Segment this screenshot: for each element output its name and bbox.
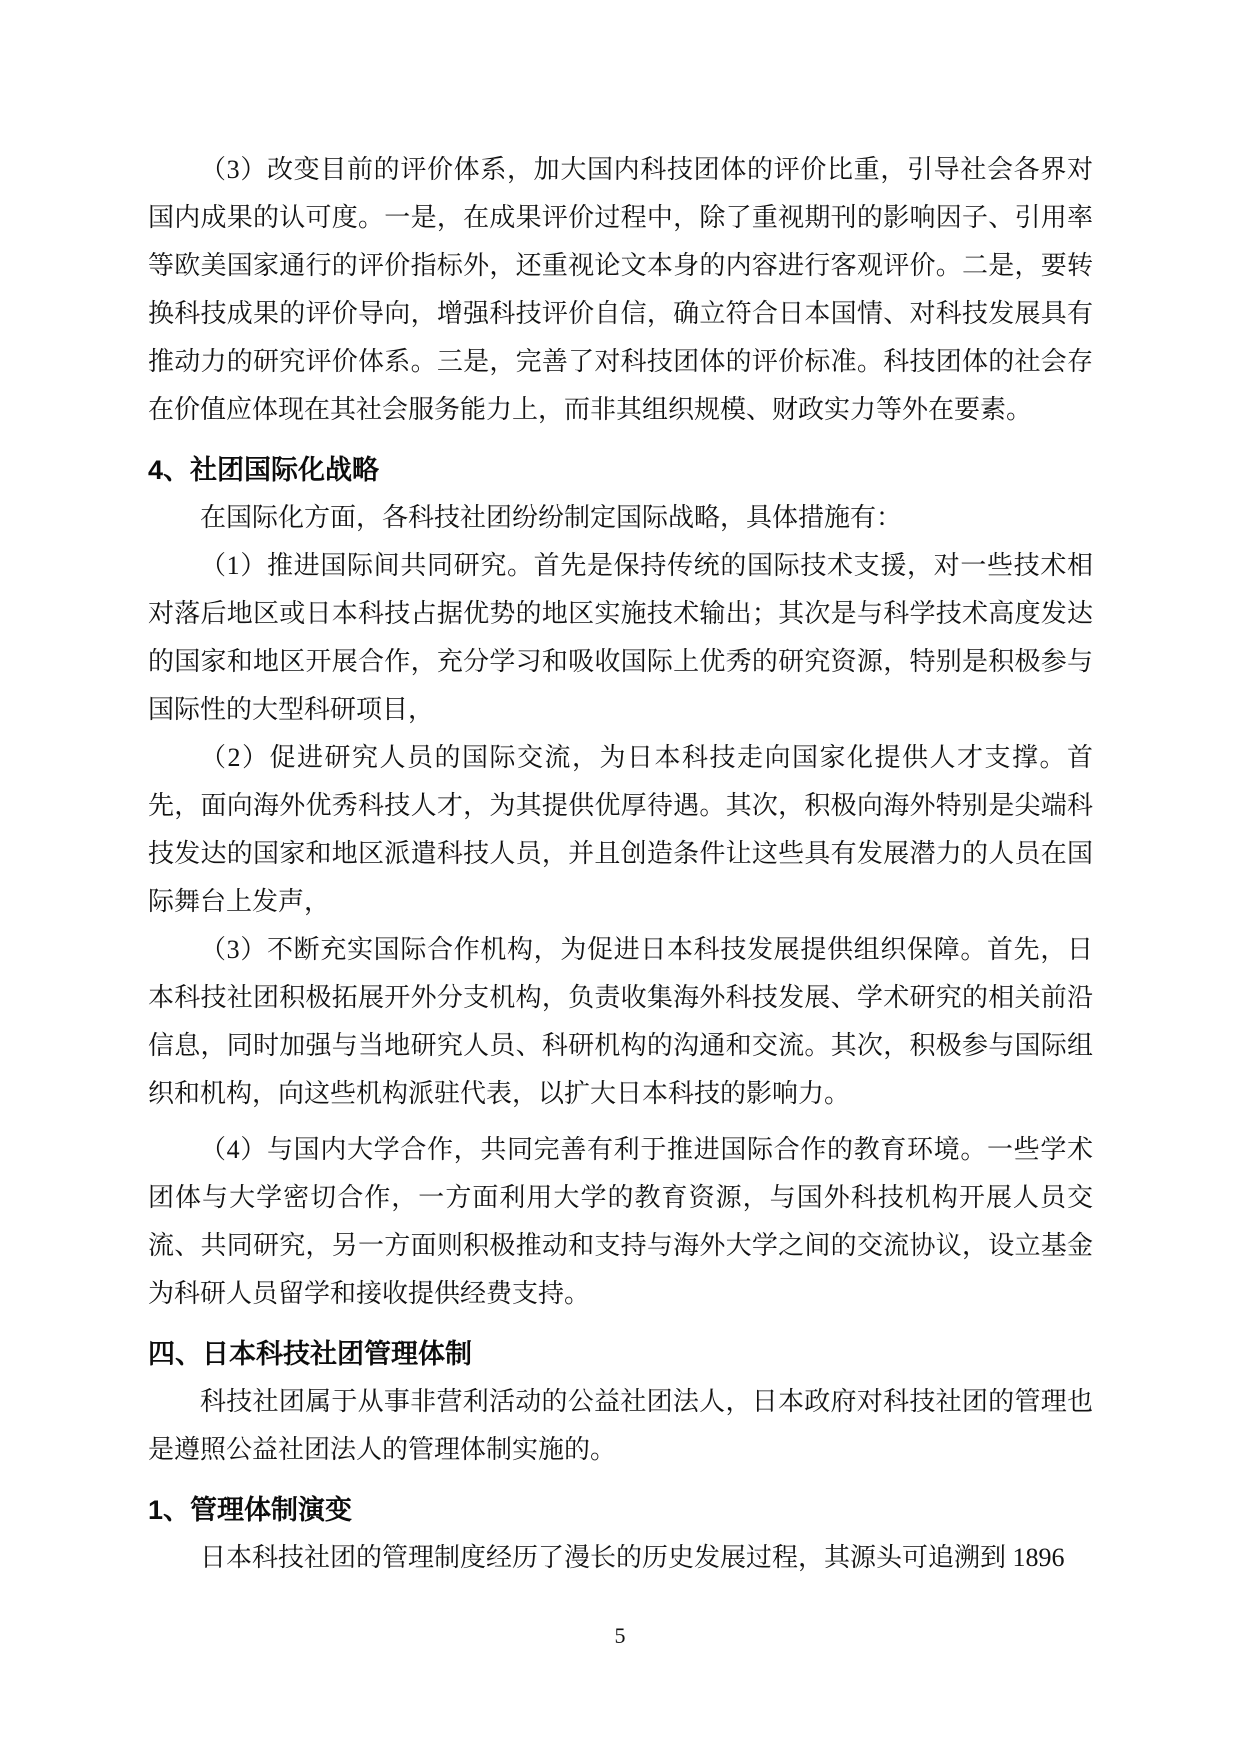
body-paragraph-nonprofit-legal-person: 科技社团属于从事非营利活动的公益社团法人，日本政府对科技社团的管理也是遵照公益社… (148, 1378, 1093, 1474)
body-paragraph-item4-university-cooperation: （4）与国内大学合作，共同完善有利于推进国际合作的教育环境。一些学术团体与大学密… (148, 1126, 1093, 1318)
body-paragraph-history-origin: 日本科技社团的管理制度经历了漫长的历史发展过程，其源头可追溯到 1896 (148, 1534, 1093, 1582)
section-heading-internationalization-strategy: 4、社团国际化战略 (148, 446, 1093, 494)
section-heading-management-evolution: 1、管理体制演变 (148, 1486, 1093, 1534)
body-paragraph-intl-intro: 在国际化方面，各科技社团纷纷制定国际战略，具体措施有： (148, 494, 1093, 542)
document-page: （3）改变目前的评价体系，加大国内科技团体的评价比重，引导社会各界对国内成果的认… (0, 0, 1240, 1753)
body-paragraph-evaluation-system: （3）改变目前的评价体系，加大国内科技团体的评价比重，引导社会各界对国内成果的认… (148, 146, 1093, 434)
page-number: 5 (0, 1622, 1240, 1650)
section-heading-management-system: 四、日本科技社团管理体制 (148, 1330, 1093, 1378)
page-body: （3）改变目前的评价体系，加大国内科技团体的评价比重，引导社会各界对国内成果的认… (148, 146, 1093, 1582)
body-paragraph-item3-cooperation-agencies: （3）不断充实国际合作机构，为促进日本科技发展提供组织保障。首先，日本科技社团积… (148, 926, 1093, 1118)
body-paragraph-item2-researcher-exchange: （2）促进研究人员的国际交流，为日本科技走向国家化提供人才支撑。首先，面向海外优… (148, 734, 1093, 926)
body-paragraph-item1-joint-research: （1）推进国际间共同研究。首先是保持传统的国际技术支援，对一些技术相对落后地区或… (148, 542, 1093, 734)
